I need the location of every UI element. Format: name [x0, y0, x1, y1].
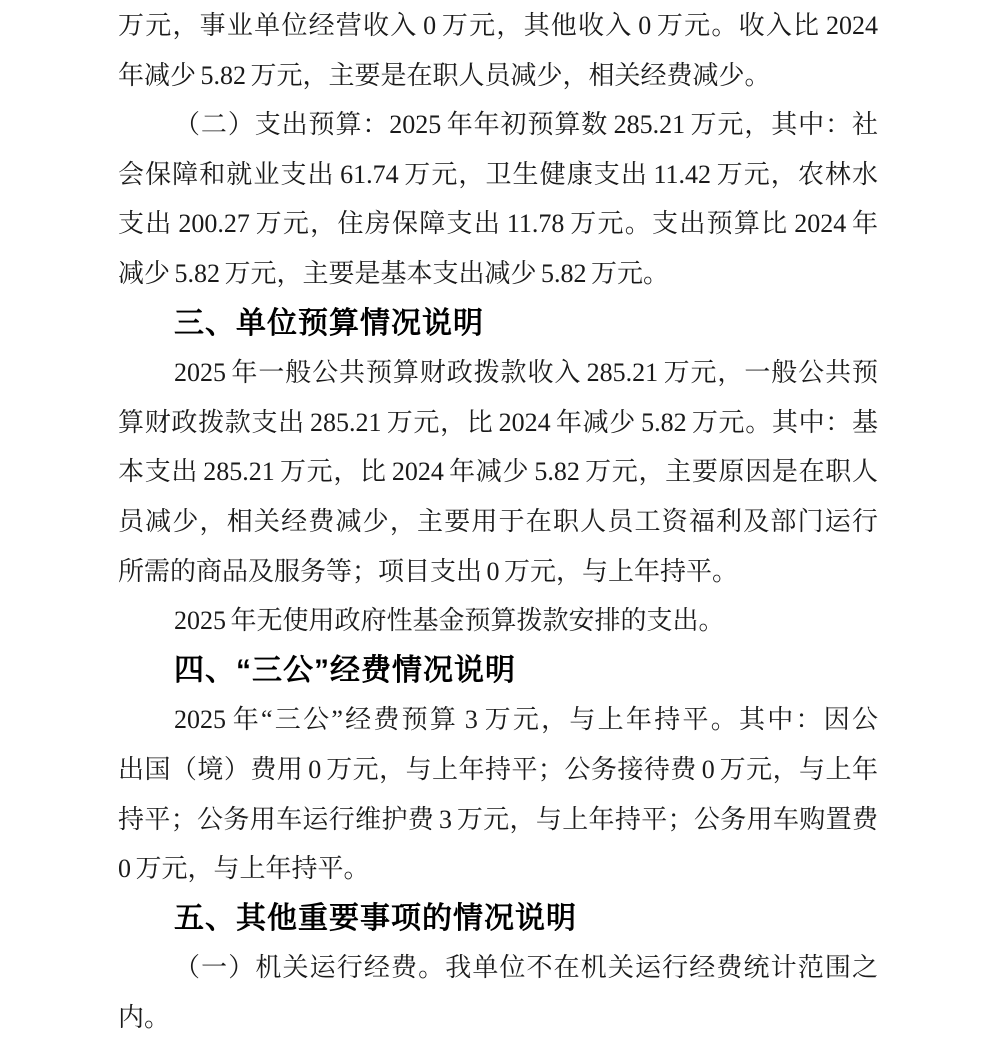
body-line: 员减少，相关经费减少，主要用于在职人员工资福利及部门运行: [118, 497, 878, 547]
body-line: 2025 年“三公”经费预算 3 万元，与上年持平。其中：因公: [118, 695, 878, 745]
body-line: 出国（境）费用 0 万元，与上年持平；公务接待费 0 万元，与上年: [118, 745, 878, 795]
body-line: 算财政拨款支出 285.21 万元，比 2024 年减少 5.82 万元。其中：…: [118, 398, 878, 448]
body-line: 减少 5.82 万元，主要是基本支出减少 5.82 万元。: [118, 249, 878, 299]
section-heading-sangong-expenses: 四、“三公”经费情况说明: [118, 646, 878, 696]
body-line: 2025 年无使用政府性基金预算拨款安排的支出。: [118, 596, 878, 646]
body-line: （一）机关运行经费。我单位不在机关运行经费统计范围之: [118, 943, 878, 993]
document-page: 万元，事业单位经营收入 0 万元，其他收入 0 万元。收入比 2024 年减少 …: [0, 0, 1000, 1043]
body-line: 0 万元，与上年持平。: [118, 844, 878, 894]
body-line: 本支出 285.21 万元，比 2024 年减少 5.82 万元，主要原因是在职…: [118, 447, 878, 497]
body-line: 内。: [118, 993, 878, 1043]
body-line: 会保障和就业支出 61.74 万元，卫生健康支出 11.42 万元，农林水: [118, 150, 878, 200]
section-heading-unit-budget: 三、单位预算情况说明: [118, 299, 878, 349]
section-heading-other-matters: 五、其他重要事项的情况说明: [118, 894, 878, 944]
body-line: 支出 200.27 万元，住房保障支出 11.78 万元。支出预算比 2024 …: [118, 199, 878, 249]
body-line: 年减少 5.82 万元，主要是在职人员减少，相关经费减少。: [118, 51, 878, 101]
body-line: 2025 年一般公共预算财政拨款收入 285.21 万元，一般公共预: [118, 348, 878, 398]
body-line: （二）支出预算：2025 年年初预算数 285.21 万元，其中：社: [118, 100, 878, 150]
body-line: 所需的商品及服务等；项目支出 0 万元，与上年持平。: [118, 547, 878, 597]
body-line: 万元，事业单位经营收入 0 万元，其他收入 0 万元。收入比 2024: [118, 1, 878, 51]
body-line: 持平；公务用车运行维护费 3 万元，与上年持平；公务用车购置费: [118, 795, 878, 845]
